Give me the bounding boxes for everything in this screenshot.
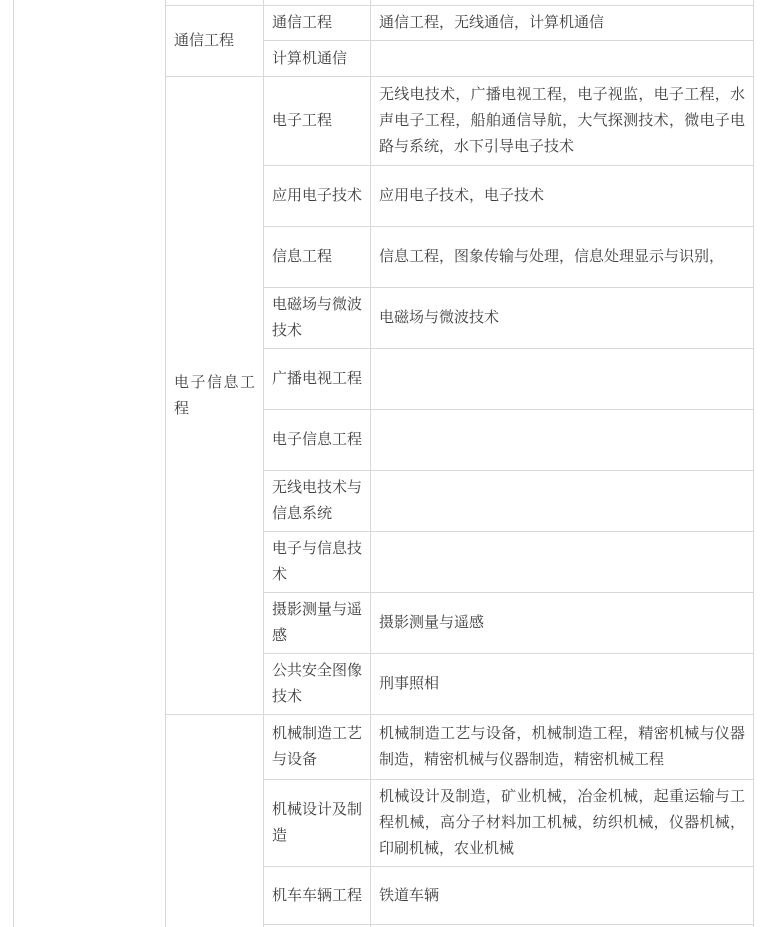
description-cell (371, 349, 754, 410)
description-cell: 机械设计及制造，矿业机械，冶金机械，起重运输与工程机械，高分子材料加工机械，纺织… (371, 780, 754, 867)
description-cell: 通信工程，无线通信，计算机通信 (371, 6, 754, 41)
subcategory-cell: 信息工程 (264, 227, 371, 288)
description-cell: 信息工程，图象传输与处理，信息处理显示与识别， (371, 227, 754, 288)
majors-table: 通信工程 通信工程 通信工程，无线通信，计算机通信 计算机通信 电子信息工程 电… (13, 0, 754, 927)
description-cell: 摄影测量与遥感 (371, 593, 754, 654)
description-cell: 铁道车辆 (371, 867, 754, 925)
subcategory-cell: 机车车辆工程 (264, 867, 371, 925)
description-cell: 无线电技术，广播电视工程，电子视监，电子工程，水声电子工程，船舶通信导航，大气探… (371, 77, 754, 166)
subcategory-cell: 机械制造工艺与设备 (264, 715, 371, 780)
subcategory-cell: 电子工程 (264, 77, 371, 166)
description-cell: 应用电子技术，电子技术 (371, 166, 754, 227)
group-cell: 通信工程 (166, 6, 264, 77)
description-cell: 电磁场与微波技术 (371, 288, 754, 349)
description-cell (371, 41, 754, 77)
description-cell (371, 471, 754, 532)
subcategory-cell: 公共安全图像技术 (264, 654, 371, 715)
subcategory-cell: 电子与信息技术 (264, 532, 371, 593)
subcategory-cell: 通信工程 (264, 6, 371, 41)
description-cell (371, 532, 754, 593)
subcategory-cell: 摄影测量与遥感 (264, 593, 371, 654)
description-cell: 刑事照相 (371, 654, 754, 715)
subcategory-cell: 计算机通信 (264, 41, 371, 77)
left-spanning-cell (14, 0, 166, 927)
group-cell: 电子信息工程 (166, 77, 264, 715)
subcategory-cell: 电子信息工程 (264, 410, 371, 471)
subcategory-cell: 无线电技术与信息系统 (264, 471, 371, 532)
description-cell (371, 410, 754, 471)
subcategory-cell: 电磁场与微波技术 (264, 288, 371, 349)
description-cell: 机械制造工艺与设备，机械制造工程，精密机械与仪器制造，精密机械与仪器制造，精密机… (371, 715, 754, 780)
subcategory-cell: 广播电视工程 (264, 349, 371, 410)
subcategory-cell: 应用电子技术 (264, 166, 371, 227)
subcategory-cell: 机械设计及制造 (264, 780, 371, 867)
group-cell (166, 715, 264, 927)
page: 通信工程 通信工程 通信工程，无线通信，计算机通信 计算机通信 电子信息工程 电… (0, 0, 767, 927)
